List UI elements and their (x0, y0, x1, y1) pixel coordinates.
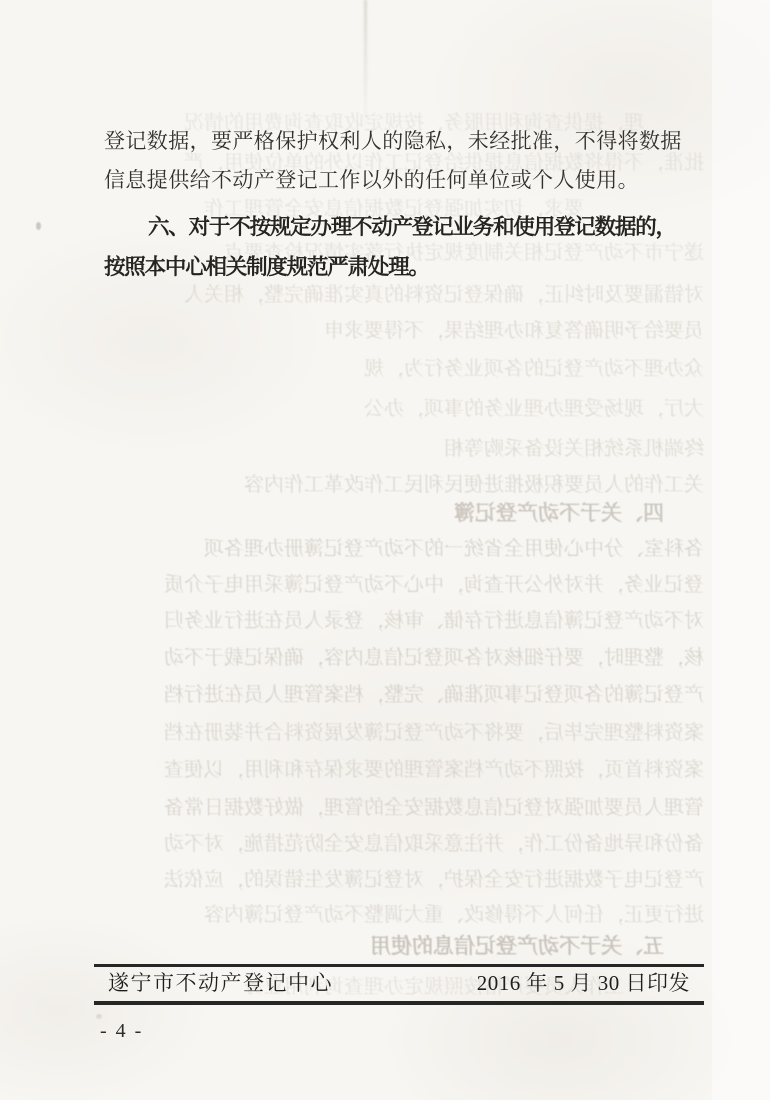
scan-bright-edge-artifact (712, 0, 770, 1100)
bleedthrough-line: 核，整理时，要仔细核对各项登记信息内容，确保记载于不动 (84, 645, 704, 671)
body-text-line: 按照本中心相关制度规范严肃处理。 (104, 247, 686, 287)
bleedthrough-line: 员要给予明确答复和办理结果，不得要求申 (84, 318, 704, 344)
bleedthrough-line: 四、关于不动产登记簿 (84, 500, 704, 526)
bleedthrough-line: 登记业务，并对外公开查询，中心不动产登记簿采用电子介质 (84, 572, 704, 598)
bleedthrough-line: 进行更正，任何人不得修改、重大调整不动产登记簿内容 (84, 902, 704, 928)
bleedthrough-line: 产登记簿的各项登记事项准确、完整，档案管理人员在进行档 (84, 682, 704, 708)
body-text-line: 登记数据，要严格保护权利人的隐私，未经批准，不得将数据 (104, 122, 686, 161)
scan-speck-artifact (96, 1014, 102, 1019)
bleedthrough-line: 对不动产登记簿信息进行存储、审核，登录人员在进行业务归 (84, 608, 704, 634)
footer-rule-top (94, 964, 704, 967)
bleedthrough-line: 产登记电子数据进行安全保护，对登记簿发生错误的，应依法 (84, 867, 704, 893)
bleedthrough-line: 案资料首页，按照不动产档案管理的要求保存和利用，以便查 (84, 757, 704, 783)
footer-rule-bottom (94, 1001, 704, 1005)
paragraph-data-protection: 登记数据，要严格保护权利人的隐私，未经批准，不得将数据 信息提供给不动产登记工作… (104, 122, 686, 200)
bleedthrough-line: 案资料整理完毕后，要将不动产登记簿发展资料合并装册在档 (84, 720, 704, 746)
scanned-document-page: 理，提供查询利用服务，按规定收取查询费用的情况批准，不得将数据信息提供给登记工作… (0, 0, 770, 1100)
bleedthrough-line: 管理人员要加强对登记信息数据安全的管理，做好数据日常备 (84, 795, 704, 821)
page-number: - 4 - (100, 1020, 143, 1043)
footer-issue-date: 2016 年 5 月 30 日印发 (477, 968, 690, 998)
bleedthrough-line: 各科室、分中心使用全省统一的不动产登记簿册办理各项 (84, 536, 704, 562)
bleedthrough-line: 关工作的人员要积极推进便民利民工作改革工作内容 (84, 472, 704, 498)
scan-speck-artifact (36, 222, 41, 230)
paper-crease-artifact (364, 0, 367, 130)
document-body: 登记数据，要严格保护权利人的隐私，未经批准，不得将数据 信息提供给不动产登记工作… (104, 122, 686, 287)
paragraph-item-six: 六、对于不按规定办理不动产登记业务和使用登记数据的， 按照本中心相关制度规范严肃… (104, 207, 686, 287)
body-text-line: 信息提供给不动产登记工作以外的任何单位或个人使用。 (104, 161, 686, 200)
bleedthrough-line: 五、关于不动产登记信息的使用 (84, 933, 704, 959)
body-text-line: 六、对于不按规定办理不动产登记业务和使用登记数据的， (104, 207, 686, 247)
footer-issuer: 遂宁市不动产登记中心 (108, 968, 333, 998)
bleedthrough-line: 大厅，现场受理办理业务的事项，办公 (84, 396, 704, 422)
bleedthrough-line: 终端机系统相关设备采购等相 (84, 436, 704, 462)
bleedthrough-line: 备份和异地备份工作，并注意采取信息安全防范措施，对不动 (84, 831, 704, 857)
bleedthrough-line: 众办理不动产登记的各项业务行为，规 (84, 356, 704, 382)
